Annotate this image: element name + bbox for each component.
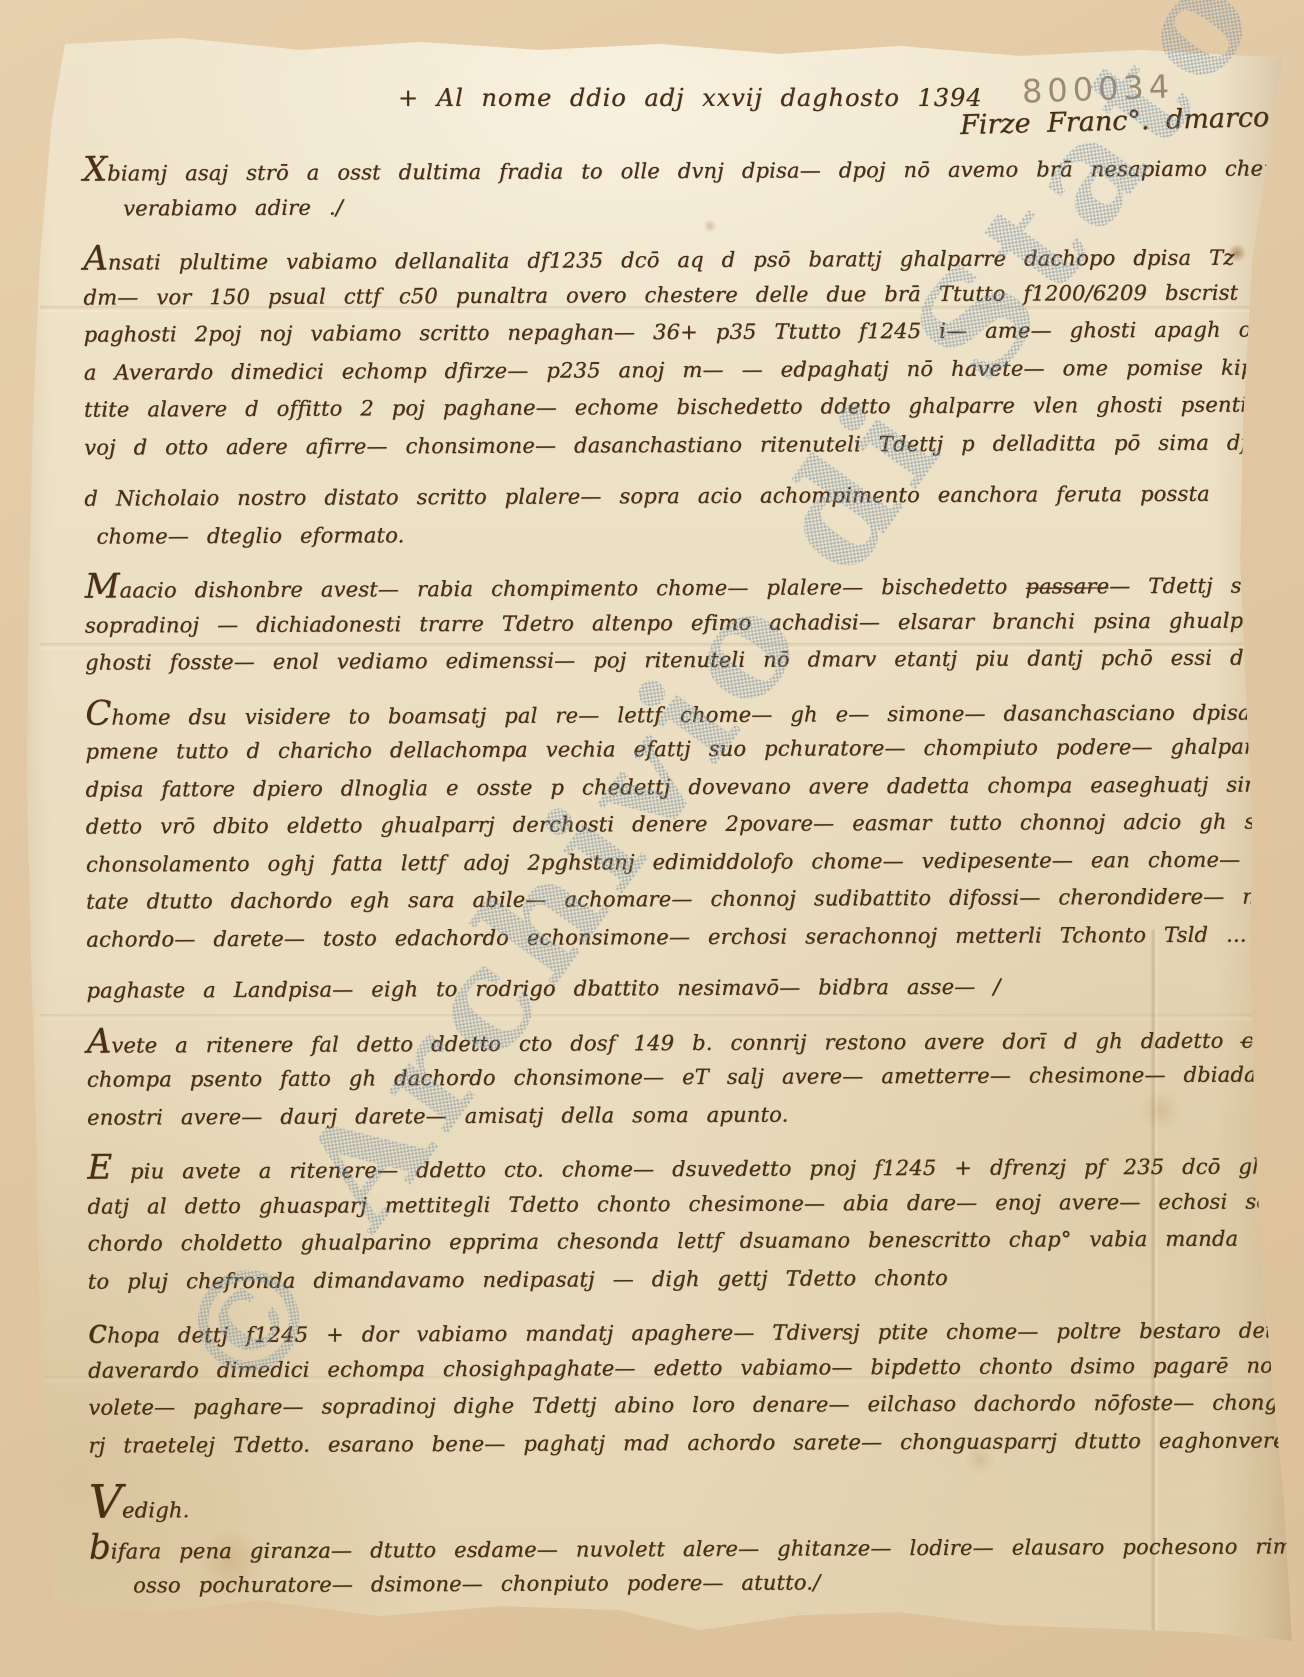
flourished-initial: X [83, 150, 107, 190]
paragraph: Vedigh. [89, 1473, 1294, 1516]
manuscript-line: d Nicholaio nostro distato scritto plale… [84, 475, 1289, 518]
manuscript-line: rj traetelej Tdetto. esarano bene— pagha… [88, 1422, 1293, 1465]
manuscript-line: tate dtutto dachordo egh sara abile— ach… [86, 878, 1291, 921]
manuscript-line: ttite alavere d offitto 2 poj paghane— e… [84, 386, 1289, 429]
flourished-initial: V [89, 1474, 122, 1528]
manuscript-line: achordo— darete— tosto edachordo echonsi… [86, 916, 1291, 959]
letter-dateline: + Al nome ddio adj xxvij daghosto 1394 [398, 84, 983, 112]
flourished-initial: A [87, 1021, 112, 1061]
paragraph: Avete a ritenere fal detto ddetto cto do… [87, 1019, 1292, 1137]
manuscript-line: osso pochuratore— dsimone— chonpiuto pod… [133, 1562, 1294, 1605]
paragraph: bifara pena giranza— dtutto esdame— nuvo… [89, 1525, 1294, 1605]
manuscript-line: voj d otto adere afirre— chonsimone— das… [84, 424, 1289, 467]
manuscript-line: chompa psento fatto gh dachordo chonsimo… [87, 1056, 1292, 1099]
manuscript-line: paghaste a Landpisa— eigh to rodrigo dba… [86, 967, 1291, 1010]
flourished-initial: A [83, 239, 108, 279]
manuscript-line: chome— dteglio eformato. [96, 513, 1289, 556]
scanned-letter-photo: 800034 + Al nome ddio adj xxvij daghosto… [0, 0, 1304, 1677]
paragraph: d Nicholaio nostro distato scritto plale… [84, 475, 1289, 555]
manuscript-line: a Averardo dimedici echomp dfirze— p235 … [84, 349, 1289, 392]
manuscript-line: paghosti 2poj noj vabiamo scritto nepagh… [84, 311, 1289, 354]
flourished-initial: M [85, 566, 120, 606]
flourished-initial: b [89, 1527, 111, 1567]
manuscript-line: bifara pena giranza— dtutto esdame— nuvo… [89, 1525, 1294, 1568]
flourished-initial: E [87, 1148, 112, 1188]
paragraph: paghaste a Landpisa— eigh to rodrigo dba… [86, 967, 1291, 1010]
flourished-initial: c [88, 1312, 107, 1352]
flourished-initial: C [85, 693, 111, 733]
manuscript-line: enostri avere— daurj darete— amisatj del… [87, 1094, 1292, 1137]
manuscript-line: Avete a ritenere fal detto ddetto cto do… [87, 1019, 1292, 1062]
manuscript-line: Vedigh. [89, 1473, 1294, 1516]
